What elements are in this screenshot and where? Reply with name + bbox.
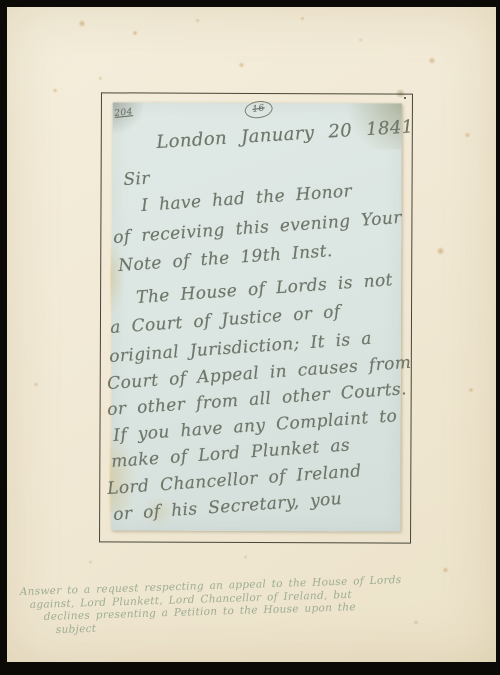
foxing-spot xyxy=(238,62,245,68)
foxing-spot xyxy=(88,560,93,564)
foxing-spot xyxy=(195,18,200,23)
folio-number: 204 xyxy=(114,107,133,119)
ink-dot xyxy=(404,97,406,99)
foxing-spot xyxy=(358,38,363,42)
foxing-spot xyxy=(468,387,474,393)
foxing-spot xyxy=(132,30,138,36)
foxing-spot xyxy=(436,247,445,255)
foxing-spot xyxy=(78,20,86,27)
annotation-line: subject xyxy=(56,623,97,636)
foxing-spot xyxy=(243,555,248,559)
photograph-frame: 204 16 London January 20 1841 Sir I have… xyxy=(0,0,500,675)
letter-salutation: Sir xyxy=(123,169,150,190)
foxing-spot xyxy=(442,567,449,573)
foxing-spot xyxy=(98,76,103,81)
foxing-spot xyxy=(33,382,39,387)
foxing-spot xyxy=(300,16,305,21)
foxing-spot xyxy=(428,57,436,64)
foxing-spot xyxy=(52,88,58,93)
paper-stain xyxy=(110,242,124,312)
foxing-spot xyxy=(464,132,471,138)
foxing-spot xyxy=(413,620,419,625)
